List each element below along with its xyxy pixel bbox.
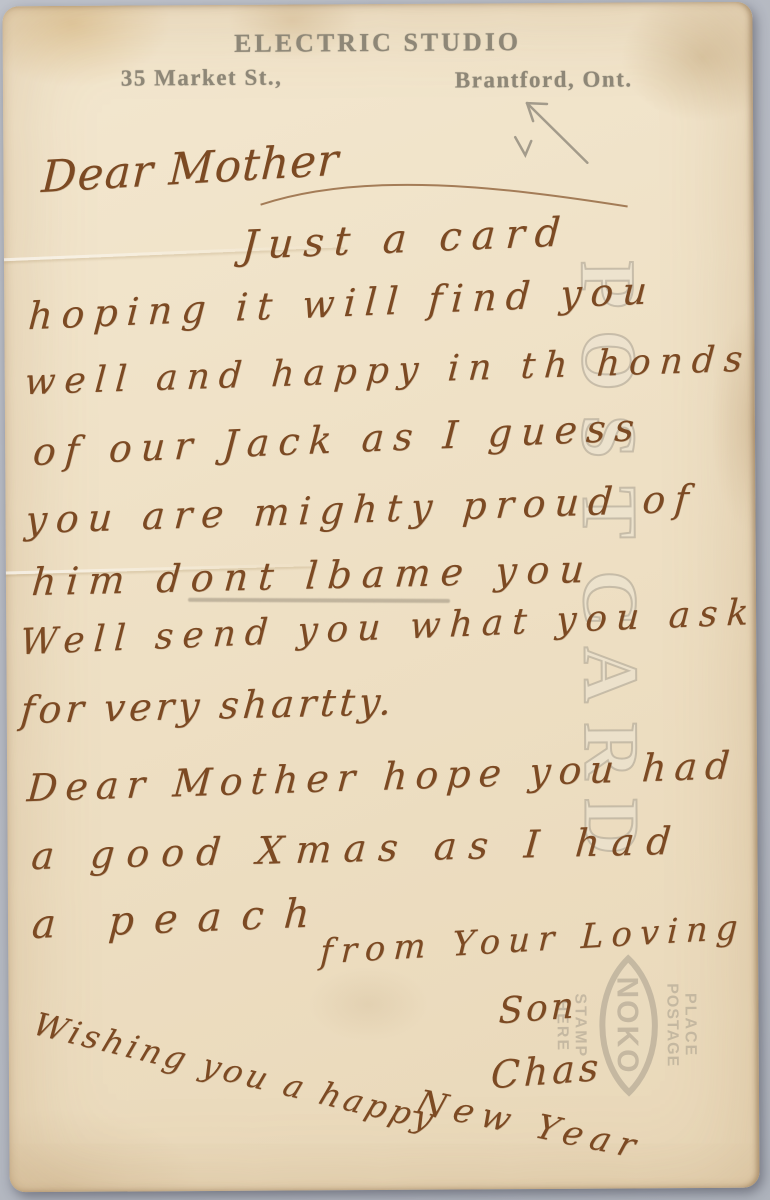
- studio-address: 35 Market St.,: [121, 65, 283, 92]
- handwriting-line: for very shartty.: [19, 679, 397, 732]
- handwriting-line: a good Xmas as I had: [30, 819, 685, 878]
- studio-city: Brantford, Ont.: [455, 66, 633, 93]
- handwriting-line: of our Jack as I guess: [32, 405, 645, 474]
- watermark-letter: A: [572, 646, 648, 703]
- handwriting-closing: Son: [498, 985, 577, 1032]
- postcard: ELECTRIC STUDIO 35 Market St., Brantford…: [2, 2, 759, 1193]
- stamp-postage-label: POSTAGE: [663, 983, 681, 1067]
- handwriting-line: a peach: [31, 890, 332, 948]
- stamp-brand-label: NOKO: [610, 976, 644, 1074]
- handwriting-signature: Chas: [490, 1045, 603, 1098]
- handwriting-line: him dont lbame you: [30, 547, 596, 604]
- handwriting-postscript: Wishing you a happy: [28, 1005, 442, 1138]
- studio-name: ELECTRIC STUDIO: [3, 26, 753, 61]
- stamp-place-label: PLACE: [681, 993, 698, 1057]
